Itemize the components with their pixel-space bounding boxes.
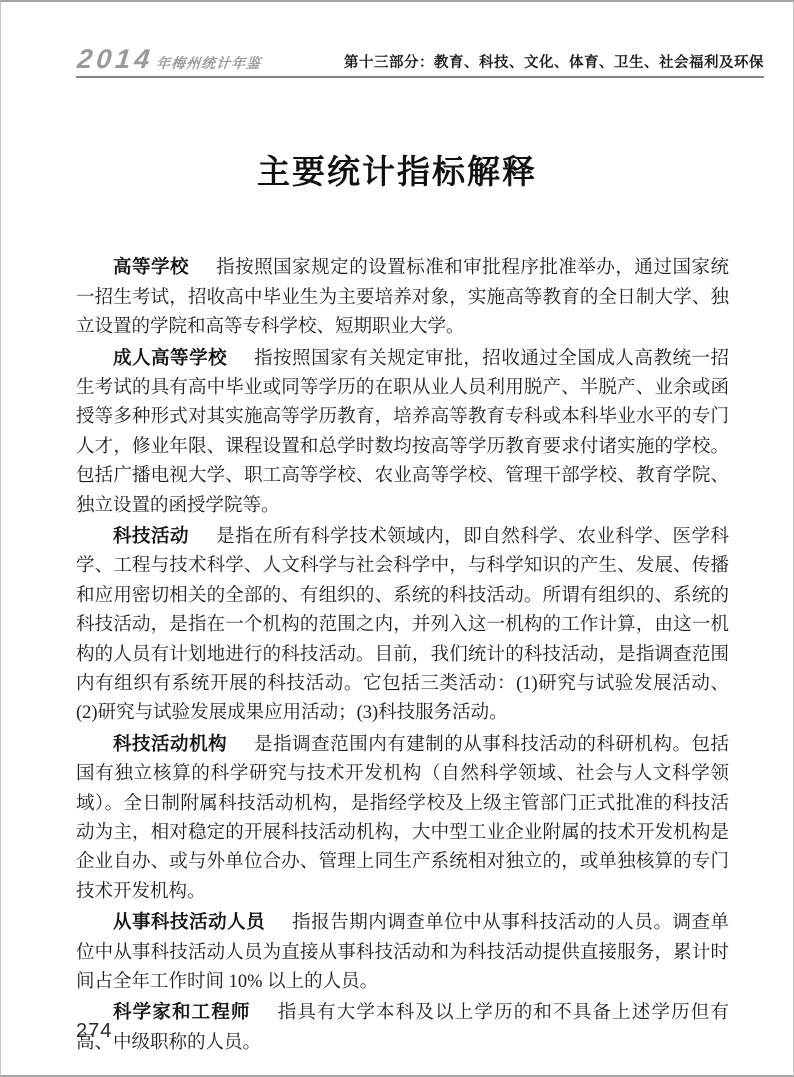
term-label: 从事科技活动人员	[113, 911, 265, 932]
logo-year-text: 2014	[76, 44, 155, 74]
definition-paragraph: 科技活动是指在所有科学技术领域内，即自然科学、农业科学、医学科学、工程与技术科学…	[76, 521, 729, 729]
definition-text: 是指调查范围内有建制的从事科技活动的科研机构。包括国有独立核算的科学研究与技术开…	[76, 735, 729, 902]
term-label: 成人高等学校	[113, 347, 227, 368]
term-label: 科技活动	[113, 525, 189, 546]
term-label: 高等学校	[113, 256, 189, 277]
logo-suffix-text: 年梅州统计年鉴	[155, 55, 262, 71]
definition-paragraph: 从事科技活动人员指报告期内调查单位中从事科技活动的人员。调查单位中从事科技活动人…	[76, 907, 729, 997]
definition-paragraph: 成人高等学校指按照国家有关规定审批，招收通过全国成人高教统一招生考试的具有高中毕…	[76, 343, 729, 521]
definitions-content: 高等学校指按照国家规定的设置标准和审批程序批准举办，通过国家统一招生考试，招收高…	[76, 252, 729, 1058]
definition-text: 是指在所有科学技术领域内，即自然科学、农业科学、医学科学、工程与技术科学、人文科…	[76, 527, 729, 723]
definition-paragraph: 科学家和工程师指具有大学本科及以上学历的和不具备上述学历但有高、中级职称的人员。	[76, 997, 729, 1058]
definition-text: 指按照国家有关规定审批，招收通过全国成人高教统一招生考试的具有高中毕业或同等学历…	[76, 349, 729, 516]
section-header: 第十三部分：教育、科技、文化、体育、卫生、社会福利及环保	[344, 51, 764, 73]
definition-paragraph: 高等学校指按照国家规定的设置标准和审批程序批准举办，通过国家统一招生考试，招收高…	[76, 252, 729, 342]
yearbook-page: 2014年梅州统计年鉴 第十三部分：教育、科技、文化、体育、卫生、社会福利及环保…	[0, 0, 794, 1077]
definition-paragraph: 科技活动机构是指调查范围内有建制的从事科技活动的科研机构。包括国有独立核算的科学…	[76, 729, 729, 907]
page-title: 主要统计指标解释	[1, 155, 793, 191]
term-label: 科学家和工程师	[113, 1001, 251, 1022]
page-header: 2014年梅州统计年鉴 第十三部分：教育、科技、文化、体育、卫生、社会福利及环保	[76, 46, 764, 78]
yearbook-logo: 2014年梅州统计年鉴	[76, 46, 263, 73]
term-label: 科技活动机构	[113, 733, 227, 754]
page-number: 274	[76, 1020, 112, 1043]
